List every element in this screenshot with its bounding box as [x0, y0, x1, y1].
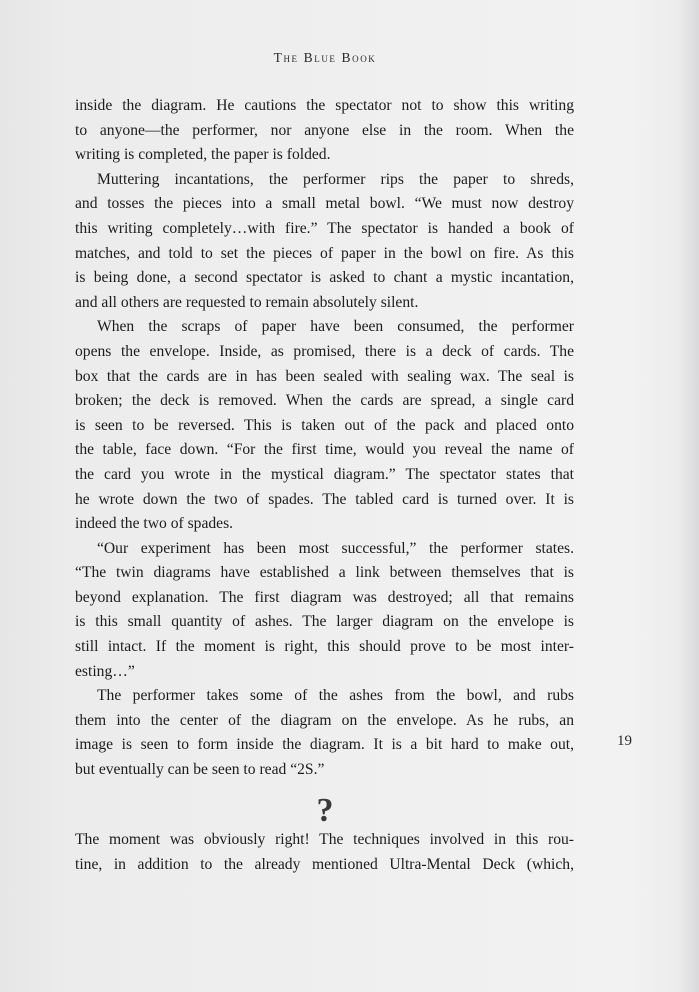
paragraph-5: The performer takes some of the ashes fr…	[75, 684, 574, 782]
text-line: inside the diagram. He cautions the spec…	[75, 94, 574, 119]
paragraph-1: inside the diagram. He cautions the spec…	[75, 94, 574, 168]
text-line: esting…”	[75, 660, 574, 685]
paragraph-after-ornament: The moment was obviously right! The tech…	[75, 828, 574, 877]
text-line: but eventually can be seen to read “2S.”	[75, 758, 574, 783]
text-line: “Our experiment has been most successful…	[75, 537, 574, 562]
text-line: to anyone—the performer, nor anyone else…	[75, 119, 574, 144]
paragraph-3: When the scraps of paper have been consu…	[75, 315, 574, 536]
text-line: is being done, a second spectator is ask…	[75, 266, 574, 291]
text-line: broken; the deck is removed. When the ca…	[75, 389, 574, 414]
text-line: and all others are requested to remain a…	[75, 291, 574, 316]
text-line: matches, and told to set the pieces of p…	[75, 242, 574, 267]
running-head: The Blue Book	[0, 50, 650, 66]
text-line: The moment was obviously right! The tech…	[75, 828, 574, 853]
text-line: writing is completed, the paper is folde…	[75, 143, 574, 168]
text-line: “The twin diagrams have established a li…	[75, 561, 574, 586]
text-line: this writing completely…with fire.” The …	[75, 217, 574, 242]
text-line: and tosses the pieces into a small metal…	[75, 192, 574, 217]
text-line: he wrote down the two of spades. The tab…	[75, 488, 574, 513]
book-page: The Blue Book inside the diagram. He cau…	[0, 0, 699, 992]
question-mark-ornament-icon: ?	[0, 794, 650, 828]
page-number: 19	[617, 733, 632, 750]
text-line: Muttering incantations, the performer ri…	[75, 168, 574, 193]
text-line: opens the envelope. Inside, as promised,…	[75, 340, 574, 365]
text-line: the card you wrote in the mystical diagr…	[75, 463, 574, 488]
text-line: image is seen to form inside the diagram…	[75, 733, 574, 758]
text-line: indeed the two of spades.	[75, 512, 574, 537]
text-line: is seen to be reversed. This is taken ou…	[75, 414, 574, 439]
text-line: is this small quantity of ashes. The lar…	[75, 610, 574, 635]
paragraph-4: “Our experiment has been most successful…	[75, 537, 574, 685]
text-line: beyond explanation. The first diagram wa…	[75, 586, 574, 611]
text-line: The performer takes some of the ashes fr…	[75, 684, 574, 709]
text-line: still intact. If the moment is right, th…	[75, 635, 574, 660]
text-line: box that the cards are in has been seale…	[75, 365, 574, 390]
text-line: the table, face down. “For the first tim…	[75, 438, 574, 463]
body-text: inside the diagram. He cautions the spec…	[75, 94, 574, 783]
text-line: When the scraps of paper have been consu…	[75, 315, 574, 340]
text-line: them into the center of the diagram on t…	[75, 709, 574, 734]
text-line: tine, in addition to the already mention…	[75, 853, 574, 878]
paragraph-2: Muttering incantations, the performer ri…	[75, 168, 574, 316]
